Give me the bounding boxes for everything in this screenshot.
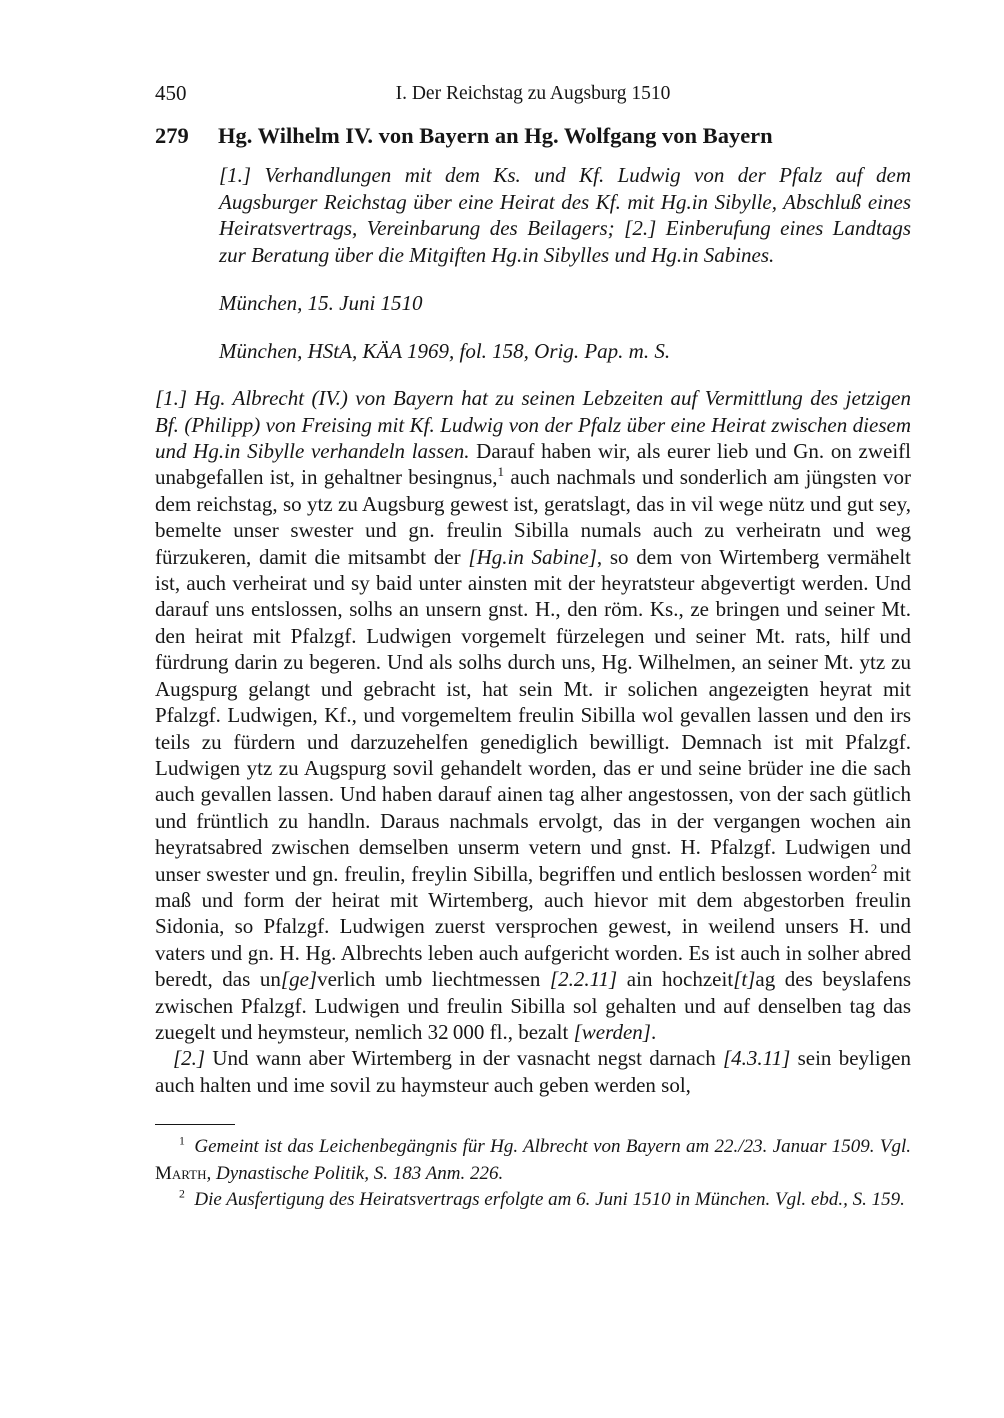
- body-run: Und wann aber Wirtemberg in der vasnacht…: [205, 1046, 723, 1070]
- footnote-author-smallcaps: Marth: [155, 1163, 207, 1184]
- text-block: 450 I. Der Reichstag zu Augsburg 1510 27…: [155, 0, 911, 1213]
- footnote-section: 1 Gemeint ist das Leichenbegängnis für H…: [155, 1124, 911, 1213]
- body-paragraph-2: [2.] Und wann aber Wirtemberg in der vas…: [155, 1045, 911, 1098]
- footnote-text: Die Ausfertigung des Heiratsvertrags erf…: [185, 1189, 905, 1210]
- body-run: [2.2.11]: [550, 967, 617, 991]
- document-title: Hg. Wilhelm IV. von Bayern an Hg. Wolfga…: [218, 122, 911, 150]
- body-run: .: [651, 1020, 656, 1044]
- body-run: verlich umb liechtmessen: [317, 967, 550, 991]
- document-heading: 279 Hg. Wilhelm IV. von Bayern an Hg. Wo…: [155, 122, 911, 150]
- body-run: [werden]: [574, 1020, 651, 1044]
- page-number: 450: [155, 80, 187, 107]
- body-run: ain hochzeit: [617, 967, 733, 991]
- body-run: [ge]: [281, 967, 317, 991]
- footnote-text: Gemeint ist das Leichenbegängnis für Hg.…: [185, 1136, 911, 1157]
- date-line: München, 15. Juni 1510: [219, 290, 911, 317]
- page-header: 450 I. Der Reichstag zu Augsburg 1510: [155, 80, 911, 107]
- footnote-text: , Dynastische Politik, S. 183 Anm. 226.: [207, 1163, 504, 1184]
- document-body: [1.] Hg. Albrecht (IV.) von Bayern hat z…: [155, 385, 911, 1098]
- archive-reference: München, HStA, KÄA 1969, fol. 158, Orig.…: [219, 338, 911, 365]
- body-paragraph-1: [1.] Hg. Albrecht (IV.) von Bayern hat z…: [155, 385, 911, 1045]
- body-run: [2.]: [173, 1046, 205, 1070]
- book-page: 450 I. Der Reichstag zu Augsburg 1510 27…: [0, 0, 1004, 1418]
- body-run: , so dem von Wirtemberg vermähelt ist, a…: [155, 545, 911, 886]
- document-summary: [1.] Verhandlungen mit dem Ks. und Kf. L…: [219, 162, 911, 269]
- running-head: I. Der Reichstag zu Augsburg 1510: [155, 80, 911, 107]
- footnote-separator: [155, 1124, 235, 1125]
- body-run: [Hg.in Sabine]: [468, 545, 597, 569]
- document-number: 279: [155, 122, 218, 150]
- body-run: [t]: [733, 967, 755, 991]
- footnote-1: 1 Gemeint ist das Leichenbegängnis für H…: [155, 1134, 911, 1187]
- footnote-2: 2 Die Ausfertigung des Heiratsvertrags e…: [155, 1187, 911, 1213]
- body-run: [4.3.11]: [723, 1046, 790, 1070]
